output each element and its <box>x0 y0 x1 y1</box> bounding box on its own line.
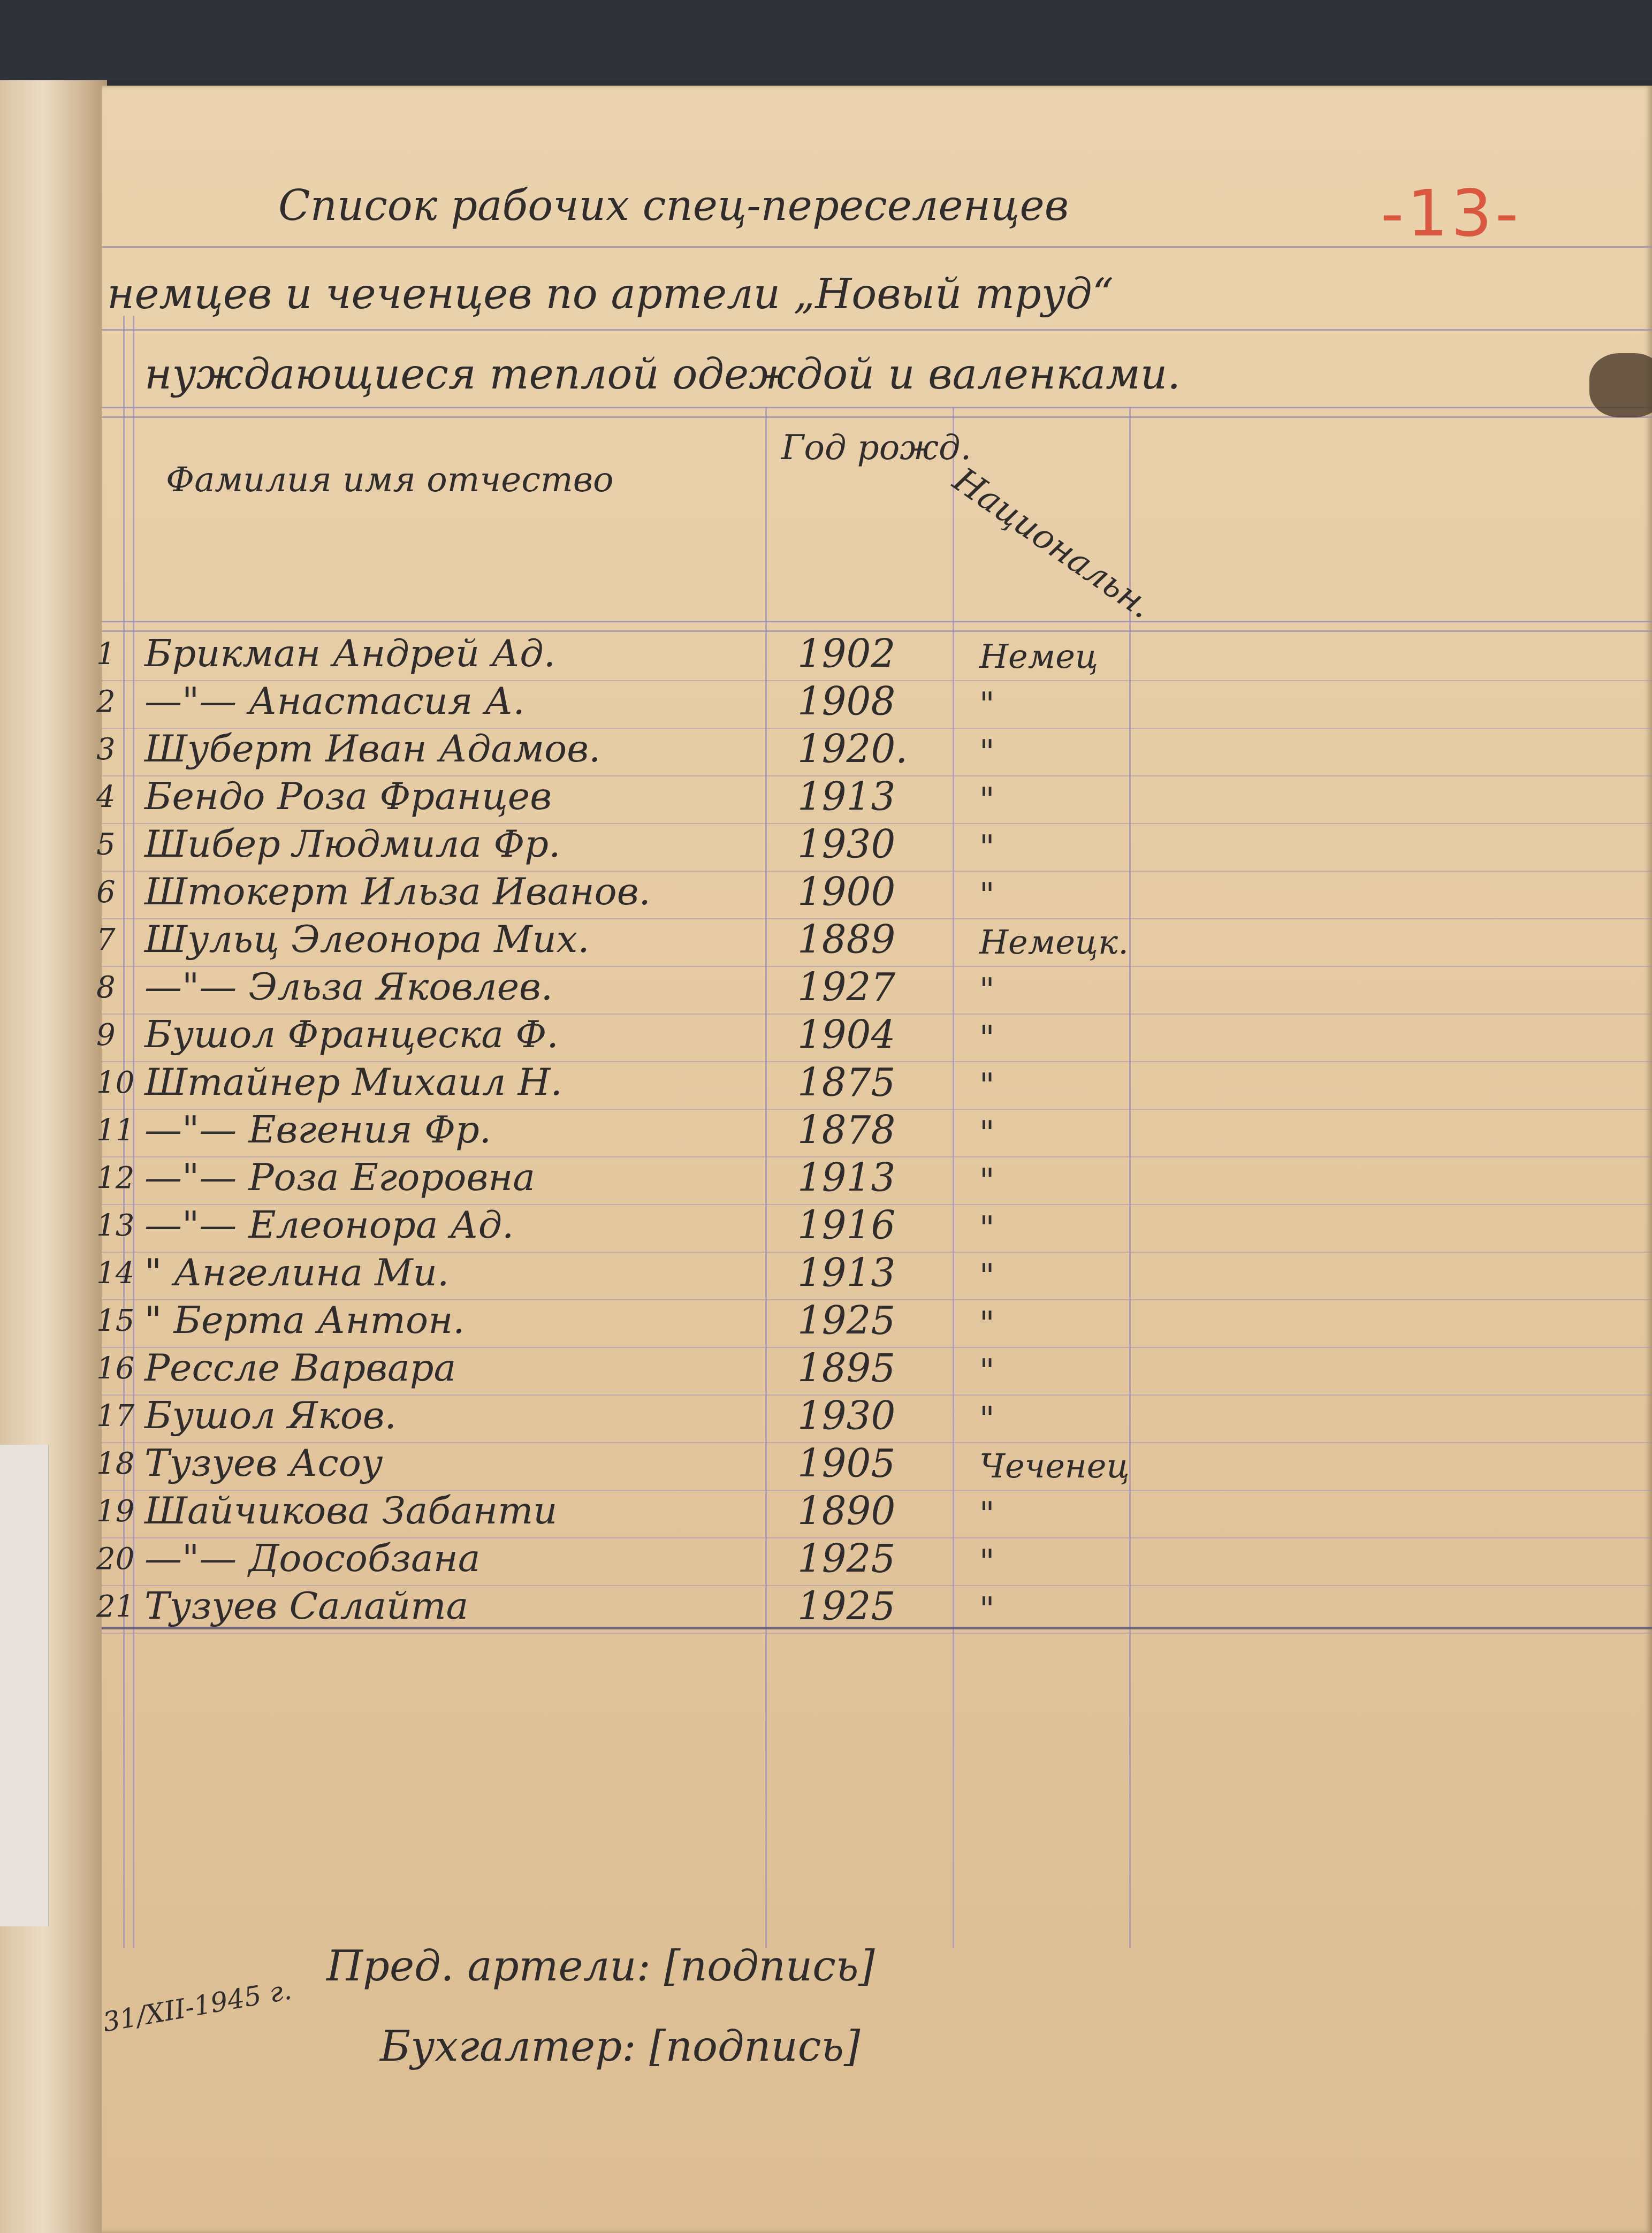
nationality: " <box>979 780 995 819</box>
row-number: 9 <box>96 1018 116 1053</box>
rule <box>102 1633 1652 1634</box>
birth-year: 1908 <box>797 679 895 724</box>
birth-year: 1925 <box>797 1536 895 1581</box>
birth-year: 1902 <box>797 631 895 676</box>
person-name: Шуберт Иван Адамов. <box>144 727 600 771</box>
nationality: " <box>979 1256 995 1295</box>
row-number: 10 <box>96 1065 134 1100</box>
section-divider <box>102 1627 1652 1629</box>
nationality: Немецк. <box>979 923 1129 962</box>
nationality: " <box>979 1304 995 1343</box>
header-nationality: Национальн. <box>946 460 1160 627</box>
rule <box>102 407 1652 408</box>
person-name: —"— Евгения Фр. <box>144 1108 491 1152</box>
birth-year: 1875 <box>797 1060 895 1105</box>
birth-year: 1920. <box>797 727 908 772</box>
binding-tab <box>0 1445 49 1926</box>
header-year: Год рожд. <box>781 428 971 468</box>
column-line-name <box>765 407 767 1948</box>
person-name: Бушол Францеска Ф. <box>144 1012 559 1056</box>
person-name: Шульц Элеонора Мих. <box>144 917 590 961</box>
row-number: 6 <box>96 875 116 910</box>
birth-year: 1913 <box>797 1251 895 1295</box>
birth-year: 1913 <box>797 774 895 819</box>
nationality: " <box>979 1113 995 1152</box>
row-number: 4 <box>96 780 116 814</box>
person-name: Бушол Яков. <box>144 1393 397 1437</box>
birth-year: 1904 <box>797 1012 895 1057</box>
column-line-year <box>953 407 954 1948</box>
row-number: 1 <box>96 637 116 672</box>
title-line-1: Список рабочих спец-переселенцев <box>278 182 1069 230</box>
nationality: " <box>979 875 995 914</box>
row-number: 3 <box>96 732 116 767</box>
birth-year: 1925 <box>797 1298 895 1343</box>
person-name: Брикман Андрей Ад. <box>144 631 555 675</box>
row-number: 12 <box>96 1161 134 1195</box>
nationality: " <box>979 970 995 1009</box>
person-name: —"— Елеонора Ад. <box>144 1203 514 1247</box>
nationality: " <box>979 1494 995 1533</box>
nationality: Чеченец <box>979 1446 1130 1485</box>
title-line-3: нуждающиеся теплой одеждой и валенками. <box>144 350 1181 399</box>
birth-year: 1930 <box>797 822 895 867</box>
birth-year: 1890 <box>797 1489 895 1534</box>
nationality: Немец <box>979 637 1098 676</box>
nationality: " <box>979 1542 995 1581</box>
row-number: 5 <box>96 827 116 862</box>
row-number: 21 <box>96 1589 134 1624</box>
row-number: 18 <box>96 1446 134 1481</box>
person-name: —"— Эльза Яковлев. <box>144 965 553 1009</box>
footer-chairman: Пред. артели: [подпись] <box>326 1942 875 1991</box>
person-name: " Берта Антон. <box>144 1298 465 1342</box>
rule <box>102 416 1652 418</box>
document-page: -13- Список рабочих спец-переселенцев не… <box>102 86 1652 2233</box>
birth-year: 1930 <box>797 1393 895 1438</box>
nationality: " <box>979 732 995 771</box>
nationality: " <box>979 1589 995 1628</box>
row-number: 20 <box>96 1542 134 1576</box>
row-number: 19 <box>96 1494 134 1529</box>
nationality: " <box>979 1399 995 1438</box>
column-line-nationality <box>1129 407 1131 1948</box>
scanner-background <box>0 0 1652 80</box>
birth-year: 1900 <box>797 870 895 914</box>
nationality: " <box>979 1161 995 1200</box>
birth-year: 1878 <box>797 1108 895 1153</box>
footer-accountant: Бухгалтер: [подпись] <box>380 2023 860 2071</box>
birth-year: 1913 <box>797 1155 895 1200</box>
rule <box>102 621 1652 622</box>
row-number: 13 <box>96 1208 134 1243</box>
page-number: -13- <box>1381 177 1521 251</box>
nationality: " <box>979 684 995 723</box>
nationality: " <box>979 1351 995 1390</box>
person-name: Бендо Роза Францев <box>144 774 552 818</box>
person-name: Шибер Людмила Фр. <box>144 822 560 866</box>
row-number: 17 <box>96 1399 134 1434</box>
rule <box>102 329 1652 331</box>
header-name: Фамилия имя отчество <box>166 460 613 500</box>
birth-year: 1927 <box>797 965 895 1010</box>
birth-year: 1889 <box>797 917 895 962</box>
person-name: —"— Роза Егоровна <box>144 1155 535 1199</box>
person-name: Шайчикова Забанти <box>144 1489 557 1533</box>
nationality: " <box>979 1208 995 1247</box>
person-name: —"— Анастасия А. <box>144 679 525 723</box>
person-name: Штайнер Михаил Н. <box>144 1060 562 1104</box>
row-number: 15 <box>96 1304 134 1338</box>
footer-date: 31/XII-1945 г. <box>101 1974 294 2038</box>
row-number: 14 <box>96 1256 134 1291</box>
birth-year: 1916 <box>797 1203 895 1248</box>
nationality: " <box>979 827 995 866</box>
rule <box>102 246 1652 248</box>
row-number: 11 <box>96 1113 134 1148</box>
person-name: —"— Доособзана <box>144 1536 480 1580</box>
birth-year: 1895 <box>797 1346 895 1391</box>
person-name: Тузуев Асоу <box>144 1441 383 1485</box>
row-number: 16 <box>96 1351 134 1386</box>
row-number: 8 <box>96 970 116 1005</box>
person-name: Штокерт Ильза Иванов. <box>144 870 651 913</box>
title-line-2: немцев и чеченцев по артели „Новый труд“ <box>107 270 1114 318</box>
row-number: 7 <box>96 923 116 957</box>
birth-year: 1925 <box>797 1584 895 1629</box>
person-name: Тузуев Салайта <box>144 1584 468 1628</box>
nationality: " <box>979 1018 995 1057</box>
person-name: " Ангелина Ми. <box>144 1251 449 1294</box>
person-name: Рессле Варвара <box>144 1346 456 1390</box>
paper-tear <box>1589 353 1652 417</box>
birth-year: 1905 <box>797 1441 895 1486</box>
nationality: " <box>979 1065 995 1104</box>
row-number: 2 <box>96 684 116 719</box>
